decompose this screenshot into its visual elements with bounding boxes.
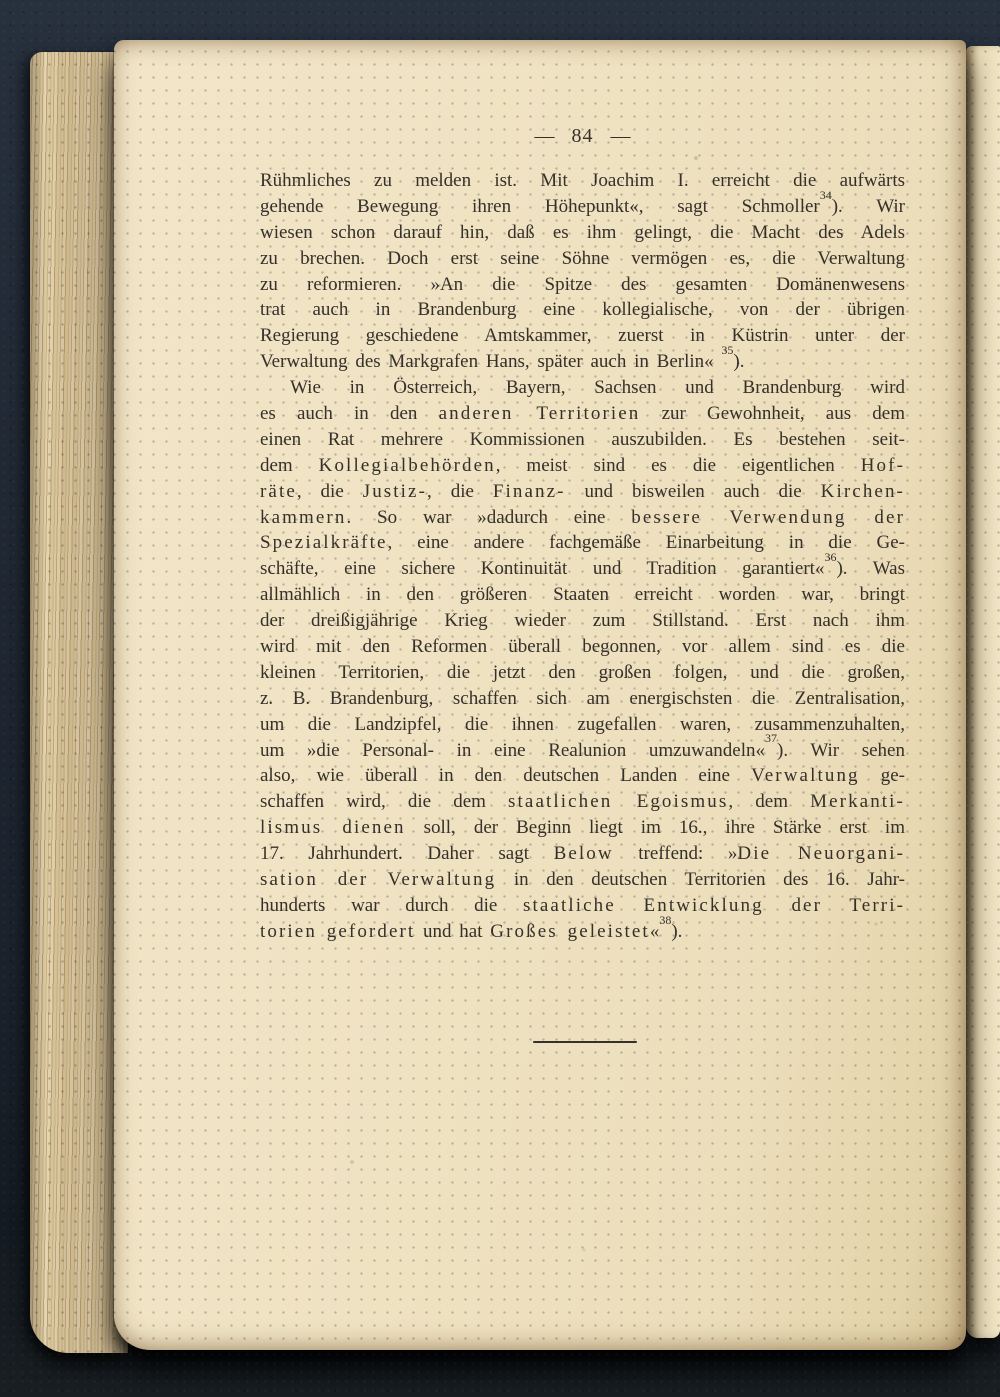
footnote-ref: 35 [721, 343, 733, 357]
emphasized-text: Spezialkräfte [260, 532, 388, 553]
text-line: sation der Verwaltung in den deutschen T… [260, 867, 905, 893]
text-segment: , dem [728, 791, 810, 812]
text-segment: , meist sind es die eigentlichen [496, 455, 861, 476]
emphasized-text: Justiz- [363, 481, 427, 502]
emphasized-text: Merkanti- [810, 791, 905, 812]
text-segment: und bisweilen auch die [566, 481, 821, 502]
text-line: kleinen Territorien, die jetzt den große… [260, 660, 905, 686]
text-line: zu brechen. Doch erst seine Söhne vermög… [260, 246, 905, 272]
emphasized-text: räte [260, 481, 297, 502]
emphasized-text: Die Neuorgani- [737, 843, 905, 864]
text-line: lismus dienen soll, der Beginn liegt im … [260, 815, 905, 841]
text-segment: dem [260, 455, 319, 476]
page-header: — 84 — [260, 124, 905, 148]
underlying-page-edge [966, 46, 1000, 1338]
page-number: 84 [572, 124, 594, 148]
text-segment: ). [671, 921, 682, 942]
emphasized-text: bessere Verwendung der [631, 507, 905, 528]
text-line: torien gefordert und hat Großes geleiste… [260, 919, 905, 945]
text-segment: um »die Personal- in eine Realunion umzu… [260, 740, 765, 761]
emphasized-text: lismus dienen [260, 817, 406, 838]
text-segment: . So war »dadurch eine [346, 507, 631, 528]
text-segment: soll, der Beginn liegt im 16., ihre Stär… [406, 817, 905, 838]
text-segment: zu brechen. Doch erst seine Söhne vermög… [260, 248, 905, 269]
text-segment: gehende Bewegung ihren Höhepunkt«, sagt … [260, 196, 820, 217]
text-line: Wie in Österreich, Bayern, Sachsen und B… [260, 375, 905, 401]
text-segment: einen Rat mehrere Kommissionen auszubild… [260, 429, 905, 450]
text-segment: wird mit den Reformen überall begonnen, … [260, 636, 905, 657]
text-line: also, wie überall in den deutschen Lande… [260, 763, 905, 789]
text-segment: ). Was [836, 558, 905, 579]
text-line: Spezialkräfte, eine andere fachgemäße Ei… [260, 530, 905, 556]
text-line: um die Landzipfel, die ihnen zugefallen … [260, 712, 905, 738]
book-photo: — 84 — Rühmliches zu melden ist. Mit Joa… [0, 0, 1000, 1397]
header-dash-right: — [611, 124, 631, 148]
text-block: Rühmliches zu melden ist. Mit Joachim I.… [260, 168, 905, 945]
text-segment: ). Wir sehen [777, 740, 905, 761]
text-line: Regierung geschiedene Amtskammer, zuerst… [260, 323, 905, 349]
text-segment: Wie in Österreich, Bayern, Sachsen und B… [290, 377, 905, 398]
text-segment: schaffen wird, die dem [260, 791, 508, 812]
text-segment: treffend: » [614, 843, 738, 864]
text-line: Verwaltung des Markgrafen Hans, später a… [260, 349, 905, 375]
text-segment: es auch in den [260, 403, 439, 424]
text-line: räte, die Justiz-, die Finanz- und biswe… [260, 479, 905, 505]
emphasized-text: Kollegialbehörden [319, 455, 496, 476]
text-segment: trat auch in Brandenburg eine kollegiali… [260, 299, 905, 320]
text-segment: der dreißigjährige Krieg wieder zum Stil… [260, 610, 905, 631]
text-segment: ge- [860, 765, 905, 786]
text-segment: ). [733, 351, 744, 372]
text-line: allmählich in den größeren Staaten errei… [260, 582, 905, 608]
emphasized-text: Below [554, 843, 614, 864]
emphasized-text: anderen Territorien [439, 403, 641, 424]
text-segment: , die [427, 481, 493, 502]
text-segment: Regierung geschiedene Amtskammer, zuerst… [260, 325, 905, 346]
emphasized-text: staatliche Entwicklung der Terri- [523, 895, 905, 916]
text-segment: also, wie überall in den deutschen Lande… [260, 765, 751, 786]
text-segment: und hat [415, 921, 490, 942]
text-segment: , die [297, 481, 363, 502]
text-line: wiesen schon darauf hin, daß es ihm geli… [260, 220, 905, 246]
text-line: zu reformieren. »An die Spitze des gesam… [260, 272, 905, 298]
text-line: schaffen wird, die dem staatlichen Egois… [260, 789, 905, 815]
footnote-ref: 36 [824, 550, 836, 564]
emphasized-text: staatlichen Egoismus [508, 791, 728, 812]
footnote-ref: 34 [820, 188, 832, 202]
emphasized-text: Verwaltung [751, 765, 860, 786]
book-page: — 84 — Rühmliches zu melden ist. Mit Joa… [114, 40, 966, 1350]
text-line: hunderts war durch die staatliche Entwic… [260, 893, 905, 919]
text-line: trat auch in Brandenburg eine kollegiali… [260, 297, 905, 323]
text-segment: Rühmliches zu melden ist. Mit Joachim I.… [260, 170, 905, 191]
text-line: Rühmliches zu melden ist. Mit Joachim I.… [260, 168, 905, 194]
text-line: der dreißigjährige Krieg wieder zum Stil… [260, 608, 905, 634]
footnote-ref: 37 [765, 731, 777, 745]
text-line: es auch in den anderen Territorien zur G… [260, 401, 905, 427]
text-segment: kleinen Territorien, die jetzt den große… [260, 662, 905, 683]
text-line: wird mit den Reformen überall begonnen, … [260, 634, 905, 660]
footnote-ref: 38 [659, 913, 671, 927]
text-segment: 17. Jahrhundert. Daher sagt [260, 843, 554, 864]
emphasized-text: torien gefordert [260, 921, 415, 942]
text-segment: zu reformieren. »An die Spitze des gesam… [260, 274, 905, 295]
text-segment: z. B. Brandenburg, schaffen sich am ener… [260, 688, 905, 709]
text-line: gehende Bewegung ihren Höhepunkt«, sagt … [260, 194, 905, 220]
text-segment: um die Landzipfel, die ihnen zugefallen … [260, 714, 905, 735]
text-line: einen Rat mehrere Kommissionen auszubild… [260, 427, 905, 453]
text-line: 17. Jahrhundert. Daher sagt Below treffe… [260, 841, 905, 867]
text-segment: Verwaltung des Markgrafen Hans, später a… [260, 351, 721, 372]
header-dash-left: — [535, 124, 555, 148]
emphasized-text: kammern [260, 507, 346, 528]
text-line: z. B. Brandenburg, schaffen sich am ener… [260, 686, 905, 712]
text-segment: ). Wir [832, 196, 905, 217]
text-segment: zur Gewohnheit, aus dem [640, 403, 905, 424]
text-segment: hunderts war durch die [260, 895, 523, 916]
text-segment: schäfte, eine sichere Kontinuität und Tr… [260, 558, 824, 579]
text-line: schäfte, eine sichere Kontinuität und Tr… [260, 556, 905, 582]
text-line: dem Kollegialbehörden, meist sind es die… [260, 453, 905, 479]
text-line: um »die Personal- in eine Realunion umzu… [260, 738, 905, 764]
text-segment: allmählich in den größeren Staaten errei… [260, 584, 905, 605]
text-line: kammern. So war »dadurch eine bessere Ve… [260, 505, 905, 531]
emphasized-text: Großes geleistet [490, 921, 650, 942]
text-segment: « [650, 921, 660, 942]
text-segment: in den deutschen Territorien des 16. Jah… [496, 869, 905, 890]
emphasized-text: sation der Verwaltung [260, 869, 496, 890]
text-segment: wiesen schon darauf hin, daß es ihm geli… [260, 222, 905, 243]
section-divider-rule [533, 1041, 637, 1043]
emphasized-text: Finanz- [493, 481, 566, 502]
emphasized-text: Hof- [861, 455, 905, 476]
emphasized-text: Kirchen- [821, 481, 905, 502]
